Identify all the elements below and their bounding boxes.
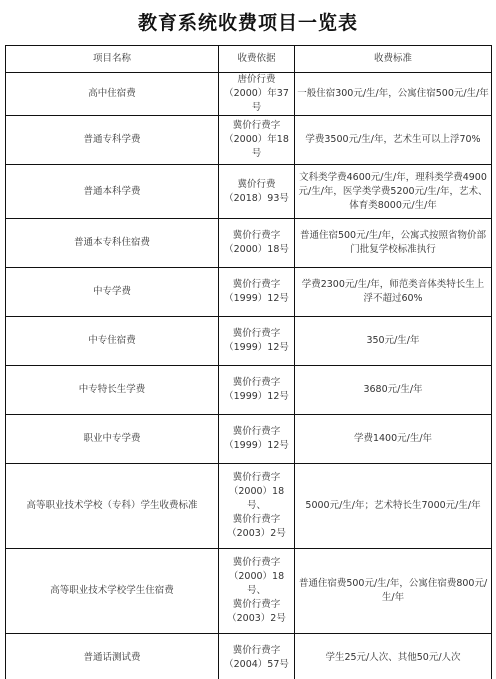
standard-cell: 350元/生/年 — [295, 317, 492, 366]
basis-cell: 冀价行费字 （1999）12号 — [219, 317, 295, 366]
table-row: 高等职业技术学校学生住宿费冀价行费字 （2000）18号、 冀价行费字 （200… — [6, 549, 492, 634]
standard-cell: 学费3500元/生/年，艺术生可以上浮70% — [295, 116, 492, 165]
item-name-cell: 普通专科学费 — [6, 116, 219, 165]
item-name-cell: 高中住宿费 — [6, 73, 219, 116]
table-row: 高中住宿费唐价行费 （2000）年37号一般住宿300元/生/年，公寓住宿500… — [6, 73, 492, 116]
item-name-cell: 中专学费 — [6, 268, 219, 317]
item-name-cell: 普通本科学费 — [6, 165, 219, 219]
item-name-cell: 职业中专学费 — [6, 415, 219, 464]
basis-cell: 冀价行费字 （1999）12号 — [219, 366, 295, 415]
basis-cell: 冀价行费字 （2000）18号、 冀价行费字 （2003）2号 — [219, 464, 295, 549]
standard-cell: 学生25元/人次、其他50元/人次 — [295, 634, 492, 679]
table-row: 高等职业技术学校（专科）学生收费标准冀价行费字 （2000）18号、 冀价行费字… — [6, 464, 492, 549]
header-standard: 收费标准 — [295, 46, 492, 73]
fee-table: 项目名称 收费依据 收费标准 高中住宿费唐价行费 （2000）年37号一般住宿3… — [5, 45, 492, 679]
basis-cell: 冀价行费字 （1999）12号 — [219, 268, 295, 317]
table-row: 职业中专学费冀价行费字 （1999）12号学费1400元/生/年 — [6, 415, 492, 464]
page-title: 教育系统收费项目一览表 — [0, 8, 496, 35]
table-header-row: 项目名称 收费依据 收费标准 — [6, 46, 492, 73]
table-row: 中专学费冀价行费字 （1999）12号学费2300元/生/年，师范类音体类特长生… — [6, 268, 492, 317]
table-row: 普通专科学费冀价行费字 （2000）年18号学费3500元/生/年，艺术生可以上… — [6, 116, 492, 165]
standard-cell: 文科类学费4600元/生/年，理科类学费4900元/生/年，医学类学费5200元… — [295, 165, 492, 219]
item-name-cell: 普通本专科住宿费 — [6, 219, 219, 268]
table-row: 普通话测试费冀价行费字 （2004）57号学生25元/人次、其他50元/人次 — [6, 634, 492, 679]
item-name-cell: 普通话测试费 — [6, 634, 219, 679]
standard-cell: 普通住宿500元/生/年，公寓式按照省物价部门批复学校标准执行 — [295, 219, 492, 268]
basis-cell: 冀价行费字 （2004）57号 — [219, 634, 295, 679]
basis-cell: 冀价行费 （2018）93号 — [219, 165, 295, 219]
item-name-cell: 高等职业技术学校（专科）学生收费标准 — [6, 464, 219, 549]
item-name-cell: 高等职业技术学校学生住宿费 — [6, 549, 219, 634]
basis-cell: 冀价行费字 （1999）12号 — [219, 415, 295, 464]
header-item-name: 项目名称 — [6, 46, 219, 73]
item-name-cell: 中专特长生学费 — [6, 366, 219, 415]
item-name-cell: 中专住宿费 — [6, 317, 219, 366]
basis-cell: 冀价行费字 （2000）18号 — [219, 219, 295, 268]
basis-cell: 唐价行费 （2000）年37号 — [219, 73, 295, 116]
basis-cell: 冀价行费字 （2000）年18号 — [219, 116, 295, 165]
standard-cell: 5000元/生/年；艺术特长生7000元/生/年 — [295, 464, 492, 549]
header-basis: 收费依据 — [219, 46, 295, 73]
standard-cell: 一般住宿300元/生/年，公寓住宿500元/生/年 — [295, 73, 492, 116]
basis-cell: 冀价行费字 （2000）18号、 冀价行费字 （2003）2号 — [219, 549, 295, 634]
table-row: 中专住宿费冀价行费字 （1999）12号350元/生/年 — [6, 317, 492, 366]
standard-cell: 学费1400元/生/年 — [295, 415, 492, 464]
standard-cell: 3680元/生/年 — [295, 366, 492, 415]
table-row: 普通本专科住宿费冀价行费字 （2000）18号普通住宿500元/生/年，公寓式按… — [6, 219, 492, 268]
table-row: 中专特长生学费冀价行费字 （1999）12号3680元/生/年 — [6, 366, 492, 415]
standard-cell: 普通住宿费500元/生/年，公寓住宿费800元/生/年 — [295, 549, 492, 634]
standard-cell: 学费2300元/生/年，师范类音体类特长生上浮不超过60% — [295, 268, 492, 317]
table-row: 普通本科学费冀价行费 （2018）93号文科类学费4600元/生/年，理科类学费… — [6, 165, 492, 219]
